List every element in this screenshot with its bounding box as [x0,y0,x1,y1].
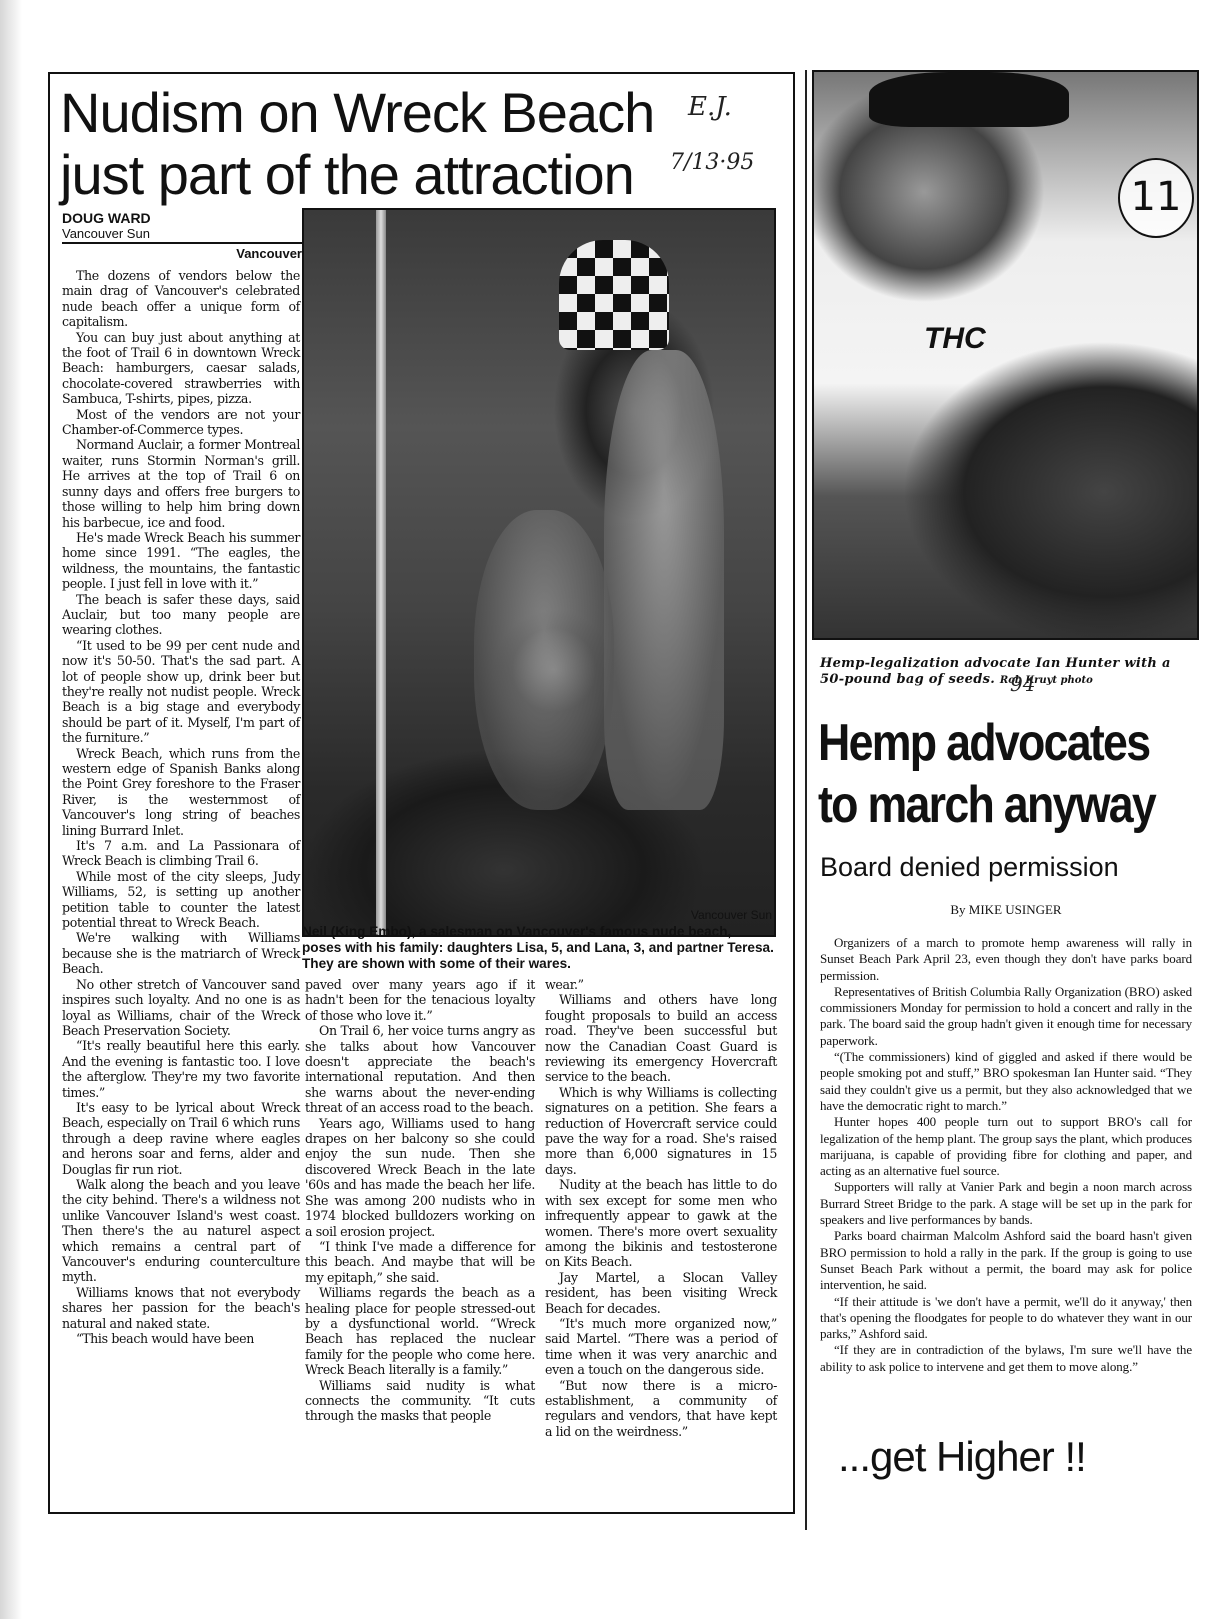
paragraph: It's 7 a.m. and La Passionara of Wreck B… [62,838,300,869]
paragraph: Williams said nudity is what connects th… [305,1378,535,1424]
paragraph: Walk along the beach and you leave the c… [62,1177,300,1285]
article2-byline: By MIKE USINGER [820,902,1192,918]
paragraph: Most of the vendors are not your Chamber… [62,407,300,438]
paragraph: Parks board chairman Malcolm Ashford sai… [820,1228,1192,1293]
paragraph: Wreck Beach, which runs from the western… [62,746,300,838]
paragraph: Williams and others have long fought pro… [545,992,777,1084]
paragraph: You can buy just about anything at the f… [62,330,300,407]
headline-line-2: to march anyway [818,776,1155,834]
byline-publication: Vancouver Sun [62,226,151,241]
paragraph: Jay Martel, a Slocan Valley resident, ha… [545,1270,777,1316]
paragraph: Williams knows that not everybody shares… [62,1285,300,1331]
paragraph: Supporters will rally at Vanier Park and… [820,1179,1192,1228]
dateline: Vancouver [210,246,302,261]
paragraph: “It's really beautiful here this early. … [62,1038,300,1100]
paragraph: No other stretch of Vancouver sand inspi… [62,977,300,1039]
article1-column-3: wear.”Williams and others have long foug… [545,977,777,1439]
paragraph: “It used to be 99 per cent nude and now … [62,638,300,746]
hemp-photo-caption: Hemp-legalization advocate Ian Hunter wi… [820,656,1192,689]
paragraph: The beach is safer these days, said Aucl… [62,592,300,638]
paragraph: Normand Auclair, a former Montreal waite… [62,437,300,529]
article1-byline: DOUG WARD Vancouver Sun [62,210,151,241]
paragraph: “(The commissioners) kind of giggled and… [820,1049,1192,1114]
paragraph: Organizers of a march to promote hemp aw… [820,935,1192,984]
photo-figure-adult [604,350,724,810]
bowler-hat [869,72,1069,127]
paragraph: Hunter hopes 400 people turn out to supp… [820,1114,1192,1179]
paragraph: “If their attitude is 'we don't have a p… [820,1294,1192,1343]
article1-headline: Nudism on Wreck Beach just part of the a… [60,82,654,206]
paragraph: Williams regards the beach as a healing … [305,1285,535,1377]
beach-family-photo [302,208,776,937]
caption-text: Hemp-legalization advocate Ian Hunter wi… [820,656,1171,687]
handwritten-initials: E.J. [688,92,732,122]
paragraph: “But now there is a micro-establishment,… [545,1378,777,1440]
paragraph: “This beach would have been [62,1331,300,1346]
article1-column-1: The dozens of vendors below the main dra… [62,268,300,1346]
paragraph: Which is why Williams is collecting sign… [545,1085,777,1177]
column-divider [805,70,807,1530]
photo-figure-children [474,510,614,810]
paragraph: Years ago, Williams used to hang drapes … [305,1116,535,1239]
photo-credit: Vancouver Sun [640,908,772,922]
paragraph: Representatives of British Columbia Rall… [820,984,1192,1049]
handwritten-tagline: ...get Higher !! [838,1433,1086,1481]
paragraph: Nudity at the beach has little to do wit… [545,1177,777,1269]
paragraph: He's made Wreck Beach his summer home si… [62,530,300,592]
paragraph: We're walking with Williams because she … [62,930,300,976]
paragraph: wear.” [545,977,777,992]
checkered-hat [559,240,669,350]
paragraph: “If they are in contradiction of the byl… [820,1342,1192,1375]
paragraph: On Trail 6, her voice turns angry as she… [305,1023,535,1115]
paragraph: While most of the city sleeps, Judy Will… [62,869,300,931]
hemp-advocate-photo: THC [812,70,1199,640]
paragraph: paved over many years ago if it hadn't b… [305,977,535,1023]
handwritten-date: 7/13·95 [670,150,754,175]
paragraph: The dozens of vendors below the main dra… [62,268,300,330]
shirt-logo: THC [924,322,986,356]
paragraph: “I think I've made a difference for this… [305,1239,535,1285]
handwritten-circled-number: 11 [1118,158,1194,238]
article2-subhead: Board denied permission [820,852,1119,883]
headline-line-1: Hemp advocates [818,714,1149,772]
byline-author: DOUG WARD [62,210,151,226]
article2-headline: Hemp advocates to march anyway [818,712,1196,836]
headline-line-1: Nudism on Wreck Beach [60,81,654,144]
umbrella-pole [376,210,386,935]
headline-line-2: just part of the attraction [60,143,634,206]
article2-body: Organizers of a march to promote hemp aw… [820,935,1192,1375]
paragraph: “It's much more organized now,” said Mar… [545,1316,777,1378]
byline-rule [62,242,302,244]
scan-edge-shadow [0,0,22,1619]
handwritten-page-note: 94 [1010,672,1035,696]
article1-column-2: paved over many years ago if it hadn't b… [305,977,535,1424]
paragraph: It's easy to be lyrical about Wreck Beac… [62,1100,300,1177]
photo-cutline: Neil (King Embo), a salesman on Vancouve… [302,924,774,972]
